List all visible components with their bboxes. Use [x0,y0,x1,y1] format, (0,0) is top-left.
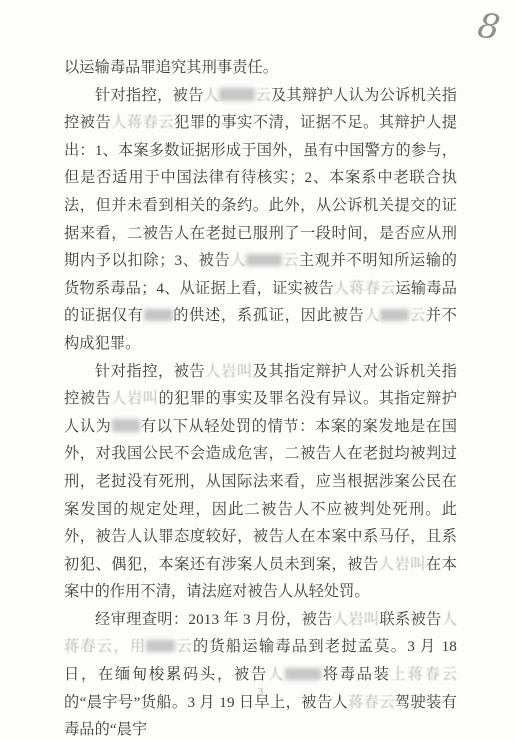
faded-name: 云 [282,252,298,269]
redacted-name [380,309,409,321]
faded-name: 人 [230,252,246,269]
para-continuation: 以运输毒品罪追究其刑事责任。 [64,54,457,82]
text-run: 犯罪的事实不清，证据不足。其辩护人提出：1、本案多数证据形成于国外，虽有中国警方… [64,114,457,269]
text-run: 以运输毒品罪追究其刑事责任。 [64,59,278,76]
redacted-name [246,254,282,266]
text-run: 经审理查明：2013 年 3 月份，被告 [95,611,333,628]
text-run: 有以下从轻处罚的情节：本案的案发地是在国外，对我国公民不会造成危害，二被告人在老… [64,418,457,573]
faded-name: 人 [268,666,285,683]
faded-name: 人岩叫 [111,390,158,407]
faded-name: 云 [175,638,193,655]
faded-name: 人岩叫 [333,611,380,628]
text-run: 针对指控，被告 [95,87,204,104]
redacted-name [144,309,173,321]
faded-name: 人蒋春云 [334,280,396,297]
para-defense-opinion-2: 针对指控，被告人岩叫及其指定辩护人对公诉机关指控被告人岩叫的犯罪的事实及罪名没有… [64,358,457,606]
faded-name: 云 [255,87,271,104]
faded-name: 上蒋春云 [391,666,457,683]
redacted-name [285,668,321,680]
faded-name: 人 [204,87,220,104]
faded-name: 人岩叫 [379,556,426,573]
faded-name: 云 [409,307,426,324]
redacted-name [146,640,175,652]
faded-name: 人岩叫 [205,363,252,380]
handwritten-page-number: 8 [476,9,503,46]
para-findings: 经审理查明：2013 年 3 月份，被告人岩叫联系被告人蒋春云，用云的货船运输毒… [64,606,457,741]
text-run: 联系被告 [379,611,441,628]
document-body: 以运输毒品罪追究其刑事责任。针对指控，被告人云及其辩护人认为公诉机关指控被告人蒋… [64,54,457,741]
text-run: 针对指控，被告 [95,363,205,380]
text-run: 将毒品装 [321,666,391,683]
redacted-name [219,88,255,100]
para-defense-opinion-1: 针对指控，被告人云及其辩护人认为公诉机关指控被告人蒋春云犯罪的事实不清，证据不足… [64,82,457,358]
scanned-court-document-page: 8 以运输毒品罪追究其刑事责任。针对指控，被告人云及其辩护人认为公诉机关指控被告… [0,0,516,741]
redacted-name [112,419,141,431]
page-number: 3 [64,686,457,698]
faded-name: 人蒋春云 [111,114,174,131]
text-run: 的供述，系孤证，因此被告 [173,307,365,324]
faded-name: 人 [364,307,380,324]
